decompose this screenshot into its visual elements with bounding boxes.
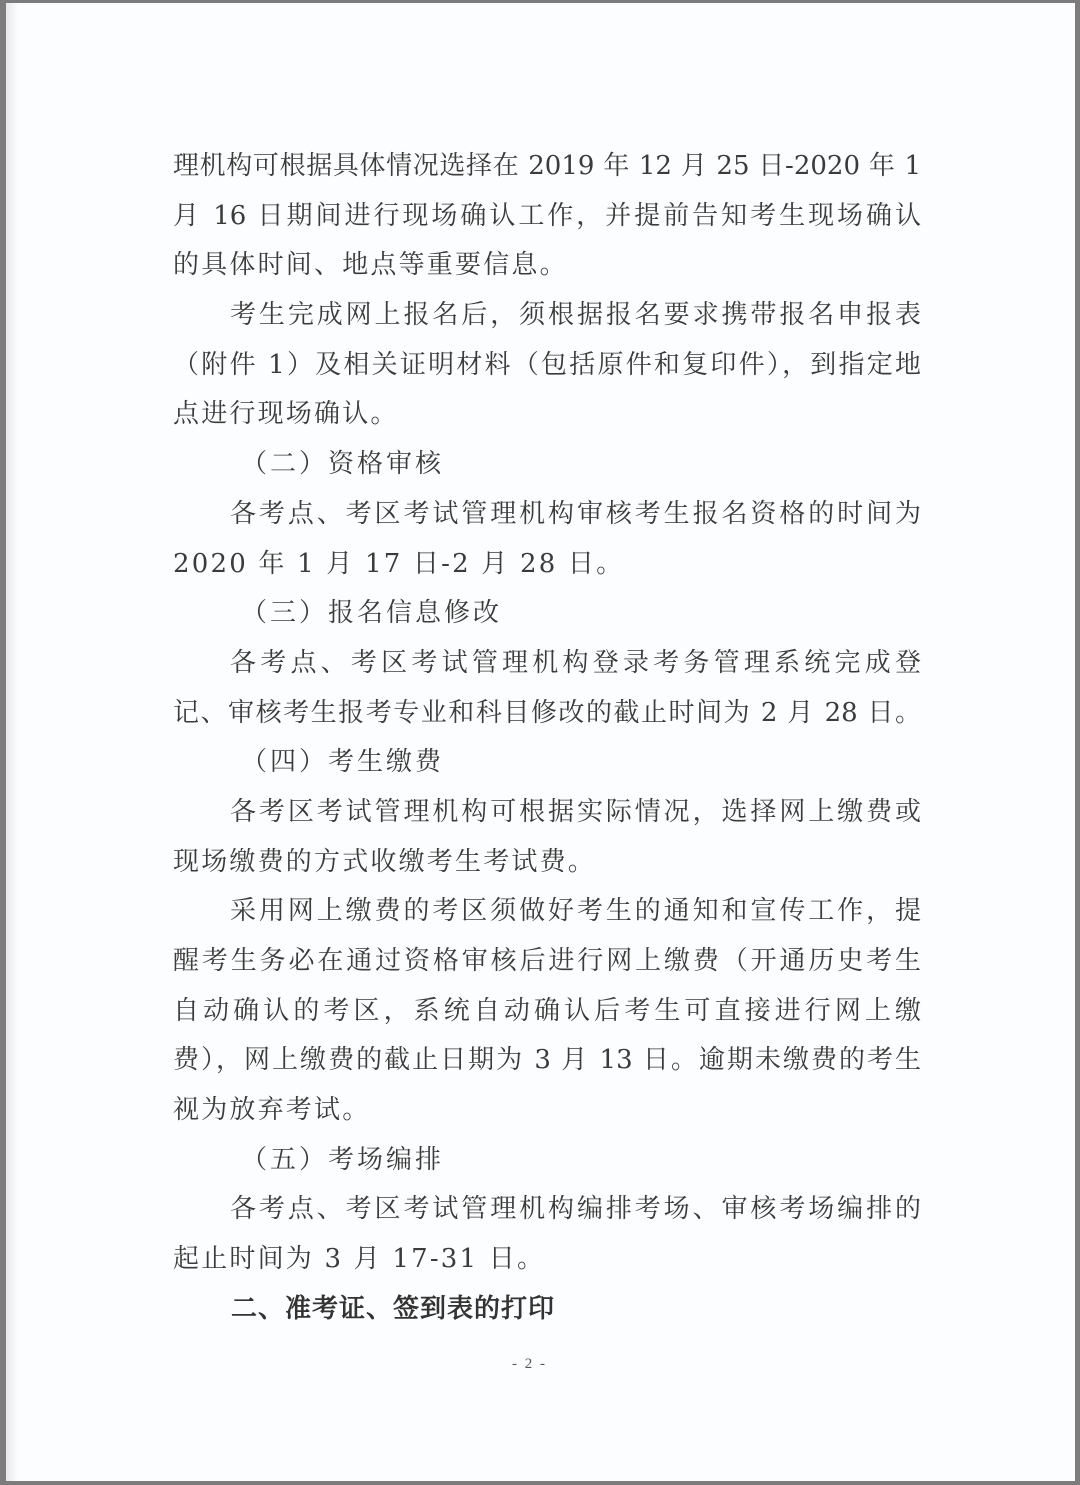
body-line: 自动确认的考区，系统自动确认后考生可直接进行网上缴: [173, 987, 921, 1037]
body-line: 醒考生务必在通过资格审核后进行网上缴费（开通历史考生: [173, 937, 921, 987]
section-subheading-qualification-review: （二）资格审核: [173, 440, 923, 490]
body-line: 起止时间为 3 月 17-31 日。: [173, 1235, 923, 1285]
body-line: 的具体时间、地点等重要信息。: [173, 241, 923, 291]
paragraph-start-line: 各考点、考区考试管理机构审核考生报名资格的时间为: [173, 490, 921, 540]
body-line: 现场缴费的方式收缴考生考试费。: [173, 838, 923, 888]
paragraph-start-line: 考生完成网上报名后，须根据报名要求携带报名申报表: [173, 291, 921, 341]
document-body: 理机构可根据具体情况选择在 2019 年 12 月 25 日-2020 年 1 …: [173, 142, 923, 1335]
section-subheading-info-modification: （三）报名信息修改: [173, 589, 923, 639]
paragraph-start-line: 各考点、考区考试管理机构编排考场、审核考场编排的: [173, 1185, 921, 1235]
body-line: 理机构可根据具体情况选择在 2019 年 12 月 25 日-2020 年 1: [173, 142, 921, 192]
body-line: 点进行现场确认。: [173, 390, 923, 440]
paragraph-start-line: 各考区考试管理机构可根据实际情况，选择网上缴费或: [173, 788, 921, 838]
paragraph-start-line: 各考点、考区考试管理机构登录考务管理系统完成登: [173, 639, 921, 689]
paragraph-start-line: 采用网上缴费的考区须做好考生的通知和宣传工作，提: [173, 887, 921, 937]
section-subheading-fee-payment: （四）考生缴费: [173, 738, 923, 788]
section-subheading-exam-room-arrangement: （五）考场编排: [173, 1136, 923, 1186]
body-line: （附件 1）及相关证明材料（包括原件和复印件），到指定地: [173, 341, 921, 391]
body-line: 费），网上缴费的截止日期为 3 月 13 日。逾期未缴费的考生: [173, 1036, 921, 1086]
body-line: 2020 年 1 月 17 日-2 月 28 日。: [173, 540, 923, 590]
page-number: - 2 -: [6, 1356, 1064, 1373]
section-heading-admission-ticket-printing: 二、准考证、签到表的打印: [173, 1285, 923, 1335]
body-line: 月 16 日期间进行现场确认工作，并提前告知考生现场确认: [173, 192, 921, 242]
body-line: 视为放弃考试。: [173, 1086, 923, 1136]
document-page: 理机构可根据具体情况选择在 2019 年 12 月 25 日-2020 年 1 …: [6, 3, 1075, 1481]
body-line: 记、审核考生报考专业和科目修改的截止时间为 2 月 28 日。: [173, 689, 921, 739]
